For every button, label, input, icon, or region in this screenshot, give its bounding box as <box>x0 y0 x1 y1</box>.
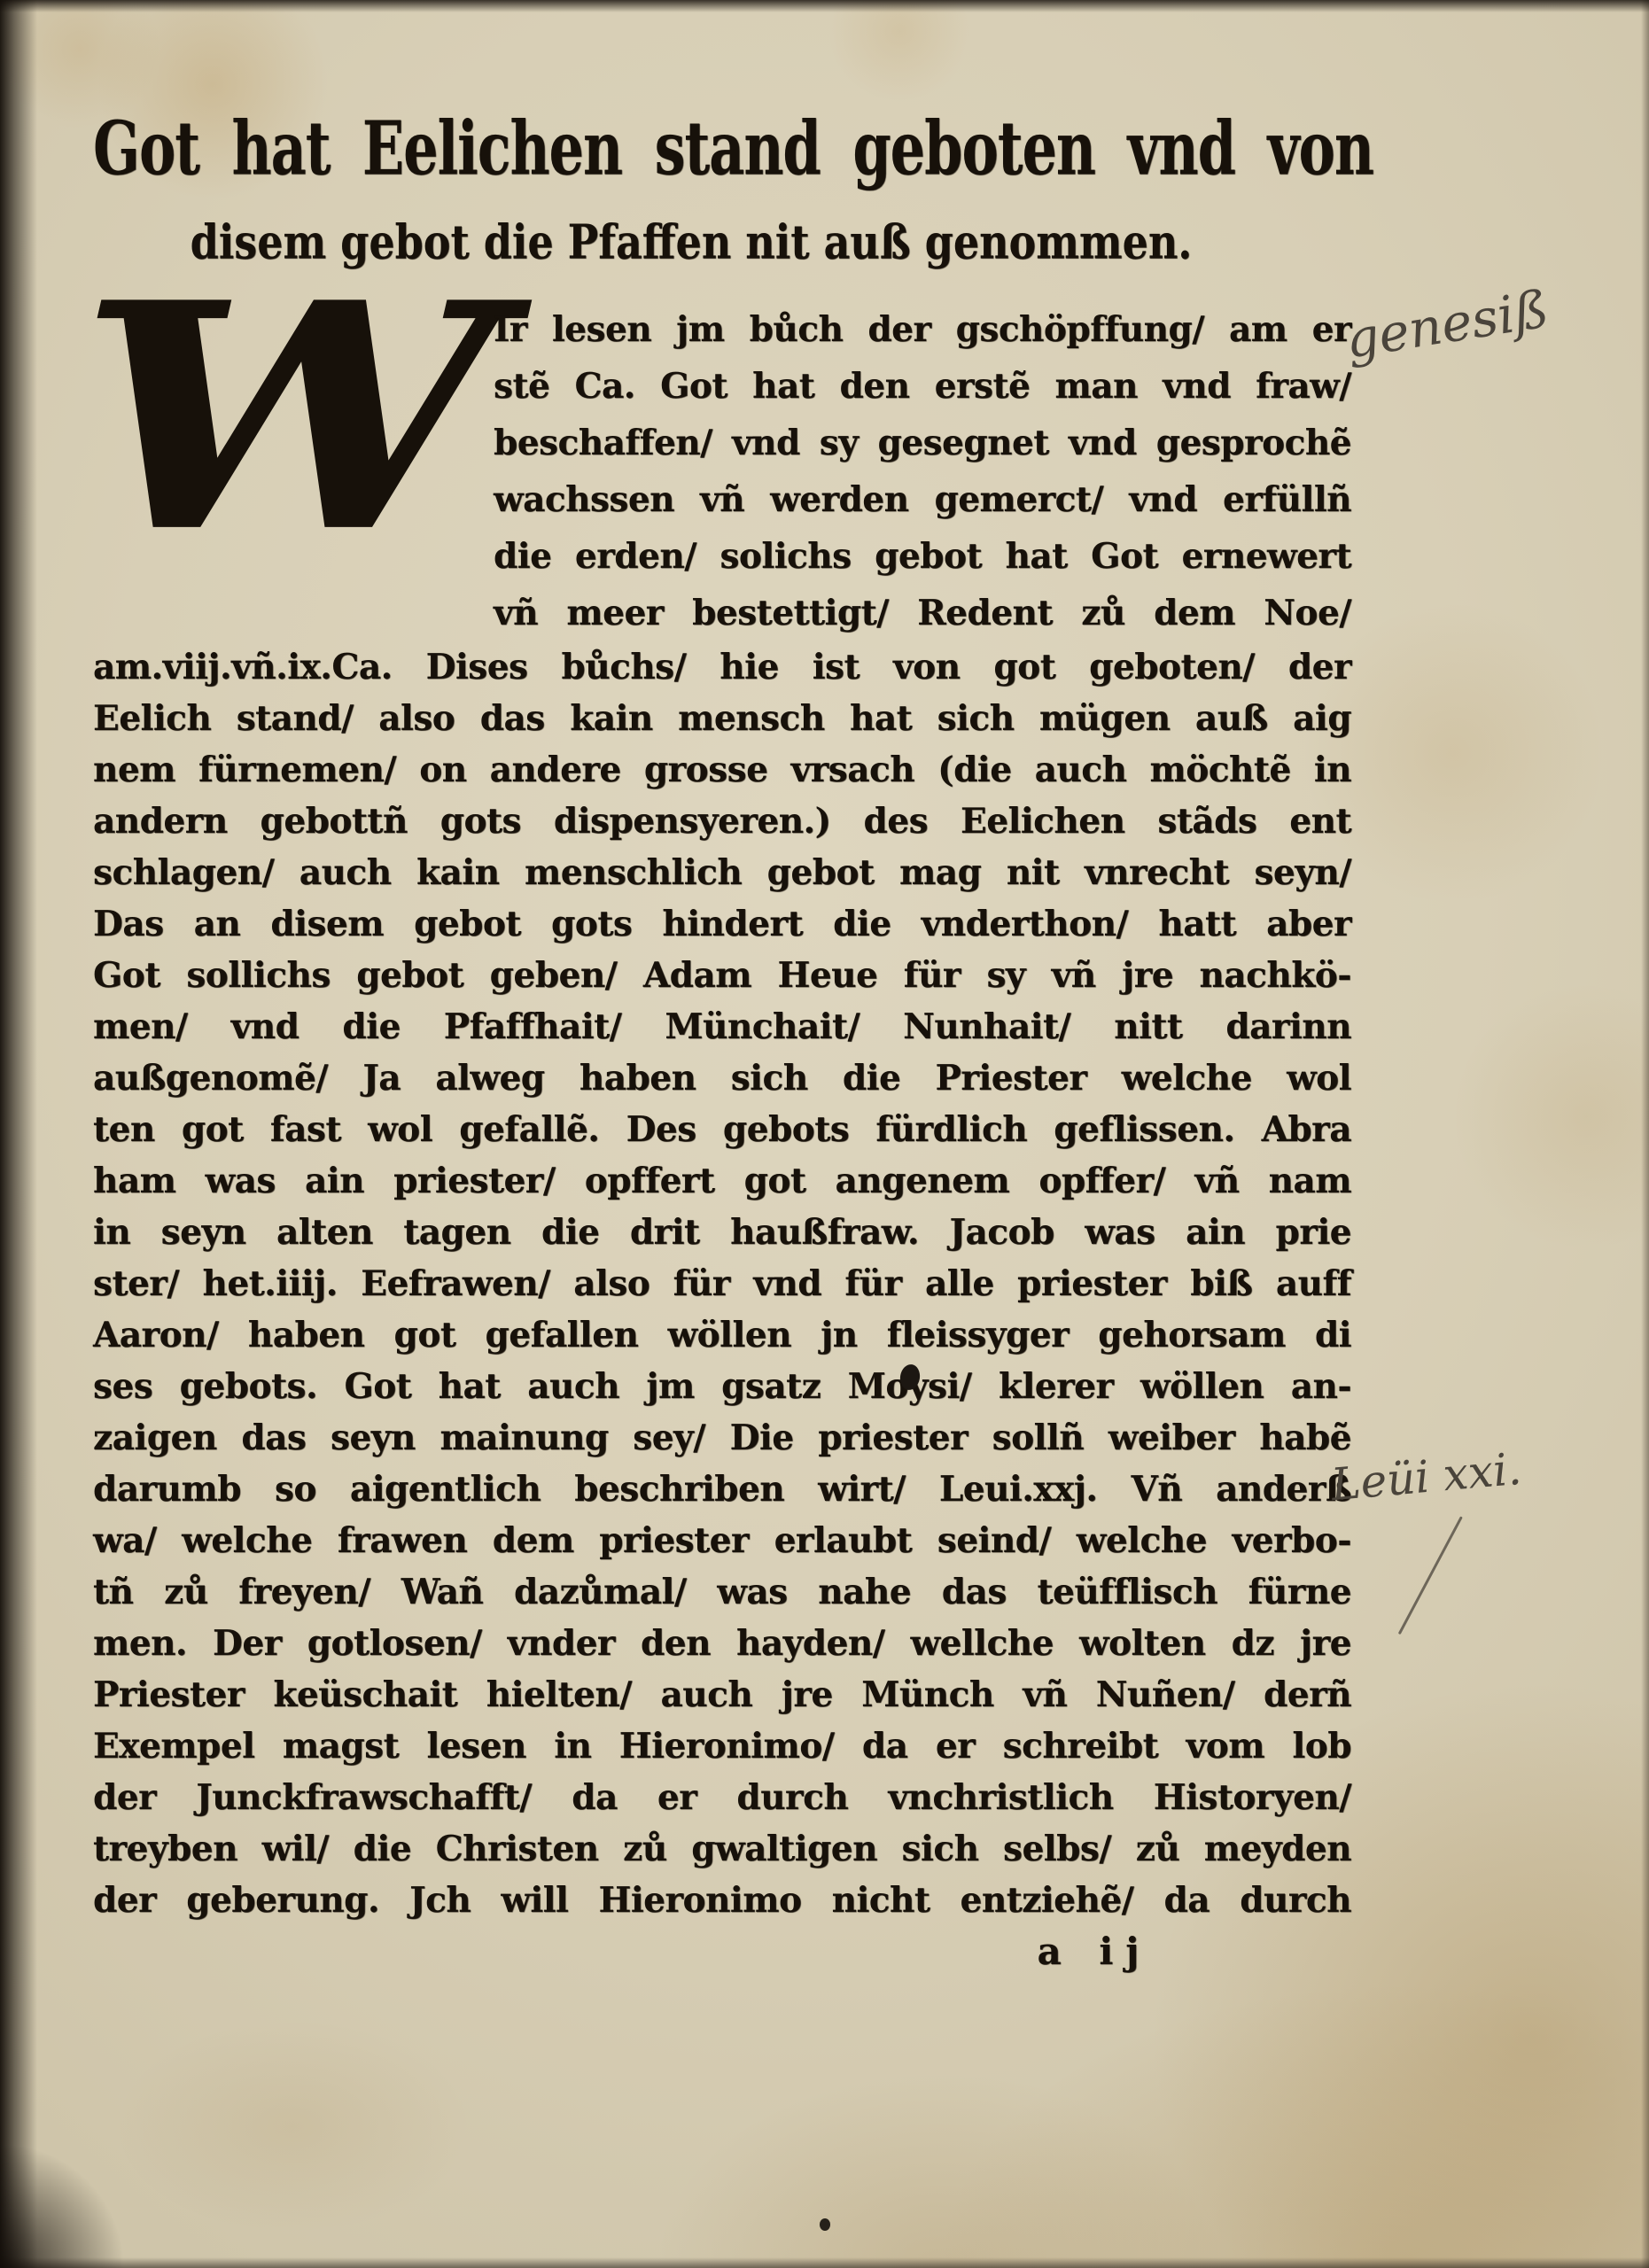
body-line: ster/ het.iiij. Eefrawen/ also für vnd f… <box>93 1258 1351 1309</box>
body-line: tñ zů freyen/ Wañ dazůmal/ was nahe das … <box>93 1566 1351 1618</box>
signature-mark: a ij <box>979 1930 1210 1973</box>
body-line: der Junckfrawschafft/ da er durch vnchri… <box>93 1772 1351 1823</box>
handwritten-note-genesis: genesiß <box>1342 278 1552 369</box>
body-text-block: Ir lesen jm bůch der gschöpffung/ am er … <box>93 301 1351 1926</box>
scanned-book-page: Got hat Eelichen stand geboten vnd von d… <box>0 0 1649 2268</box>
body-line: Exempel magst lesen in Hieronimo/ da er … <box>93 1720 1351 1772</box>
body-line: in seyn alten tagen die drit haußfraw. J… <box>93 1207 1351 1258</box>
body-line: Got sollichs gebot geben/ Adam Heue für … <box>93 950 1351 1001</box>
body-line: men/ vnd die Pfaffhait/ Münchait/ Nunhai… <box>93 1001 1351 1052</box>
body-line: der geberung. Jch will Hieronimo nicht e… <box>93 1875 1351 1926</box>
body-line: am.viij.vñ.ix.Ca. Dises bůchs/ hie ist v… <box>93 641 1351 693</box>
body-line: zaigen das seyn mainung sey/ Die prieste… <box>93 1412 1351 1464</box>
body-line: Das an disem gebot gots hindert die vnde… <box>93 898 1351 950</box>
handwritten-flourish-stroke <box>1398 1516 1463 1635</box>
body-line: ham was ain priester/ opffert got angene… <box>93 1155 1351 1207</box>
body-line: die erden/ solichs gebot hat Got ernewer… <box>494 528 1351 585</box>
body-line: außgenomẽ/ Ja alweg haben sich die Pries… <box>93 1052 1351 1104</box>
body-line: schlagen/ auch kain menschlich gebot mag… <box>93 847 1351 898</box>
body-line: vñ meer bestettigt/ Redent zů dem Noe/ <box>494 585 1351 641</box>
handwritten-note-leviticus: Leüi xxi. <box>1329 1443 1523 1511</box>
body-line: Ir lesen jm bůch der gschöpffung/ am er <box>494 301 1351 358</box>
body-line: wachssen vñ werden gemerct/ vnd erfüllñ <box>494 471 1351 528</box>
body-line: nem fürnemen/ on andere grosse vrsach (d… <box>93 744 1351 796</box>
body-line: beschaffen/ vnd sy gesegnet vnd gesproch… <box>494 415 1351 471</box>
body-line: men. Der gotlosen/ vnder den hayden/ wel… <box>93 1618 1351 1669</box>
body-line: Eelich stand/ also das kain mensch hat s… <box>93 693 1351 744</box>
body-line: Priester keüschait hielten/ auch jre Mün… <box>93 1669 1351 1720</box>
body-line: darumb so aigentlich beschriben wirt/ Le… <box>93 1464 1351 1515</box>
body-line: wa/ welche frawen dem priester erlaubt s… <box>93 1515 1351 1566</box>
page-title-line1: Got hat Eelichen stand geboten vnd von <box>93 105 1373 192</box>
body-line: stẽ Ca. Got hat den erstẽ man vnd fraw/ <box>494 358 1351 415</box>
body-line: Aaron/ haben got gefallen wöllen jn flei… <box>93 1309 1351 1361</box>
body-line: andern gebottñ gots dispensyeren.) des E… <box>93 796 1351 847</box>
body-line: ten got fast wol gefallẽ. Des gebots für… <box>93 1104 1351 1155</box>
body-line: treyben wil/ die Christen zů gwaltigen s… <box>93 1823 1351 1875</box>
ink-dot <box>820 2218 830 2231</box>
body-line: ses gebots. Got hat auch jm gsatz Moysi/… <box>93 1361 1351 1412</box>
